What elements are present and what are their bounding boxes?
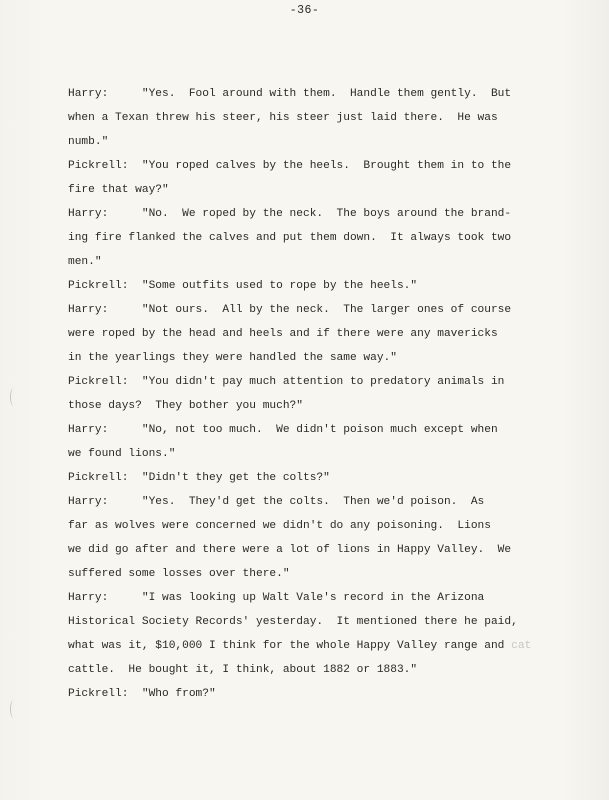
transcript-line: cattle. He bought it, I think, about 188… — [68, 658, 588, 682]
document-page: -36- Harry: "Yes. Fool around with them.… — [0, 0, 609, 800]
transcript-line: suffered some losses over there." — [68, 562, 588, 586]
transcript-line: Pickrell: "Some outfits used to rope by … — [68, 274, 588, 298]
transcript-line: Pickrell: "You roped calves by the heels… — [68, 154, 588, 178]
transcript-line: far as wolves were concerned we didn't d… — [68, 514, 588, 538]
transcript-line: Harry: "Not ours. All by the neck. The l… — [68, 298, 588, 322]
transcript-line: Historical Society Records' yesterday. I… — [68, 610, 588, 634]
page-number: -36- — [0, 4, 609, 17]
transcript-line: Harry: "I was looking up Walt Vale's rec… — [68, 586, 588, 610]
transcript-line: when a Texan threw his steer, his steer … — [68, 106, 588, 130]
transcript-line: were roped by the head and heels and if … — [68, 322, 588, 346]
transcript-line: Harry: "No, not too much. We didn't pois… — [68, 418, 588, 442]
transcript-line: Pickrell: "Didn't they get the colts?" — [68, 466, 588, 490]
transcript-line: we did go after and there were a lot of … — [68, 538, 588, 562]
transcript-line: ing fire flanked the calves and put them… — [68, 226, 588, 250]
transcript-line: Pickrell: "You didn't pay much attention… — [68, 370, 588, 394]
transcript-line: numb." — [68, 130, 588, 154]
punch-hole-mark — [10, 388, 17, 406]
transcript-line: men." — [68, 250, 588, 274]
transcript-line: what was it, $10,000 I think for the who… — [68, 634, 588, 658]
transcript-line: fire that way?" — [68, 178, 588, 202]
transcript-line: Harry: "Yes. Fool around with them. Hand… — [68, 82, 588, 106]
transcript-line: in the yearlings they were handled the s… — [68, 346, 588, 370]
transcript-line: those days? They bother you much?" — [68, 394, 588, 418]
transcript-body: Harry: "Yes. Fool around with them. Hand… — [68, 82, 588, 706]
punch-hole-mark — [10, 700, 17, 718]
transcript-line: Harry: "Yes. They'd get the colts. Then … — [68, 490, 588, 514]
transcript-line: we found lions." — [68, 442, 588, 466]
faint-erased-text: cat — [504, 640, 531, 652]
transcript-line: Harry: "No. We roped by the neck. The bo… — [68, 202, 588, 226]
transcript-line: Pickrell: "Who from?" — [68, 682, 588, 706]
